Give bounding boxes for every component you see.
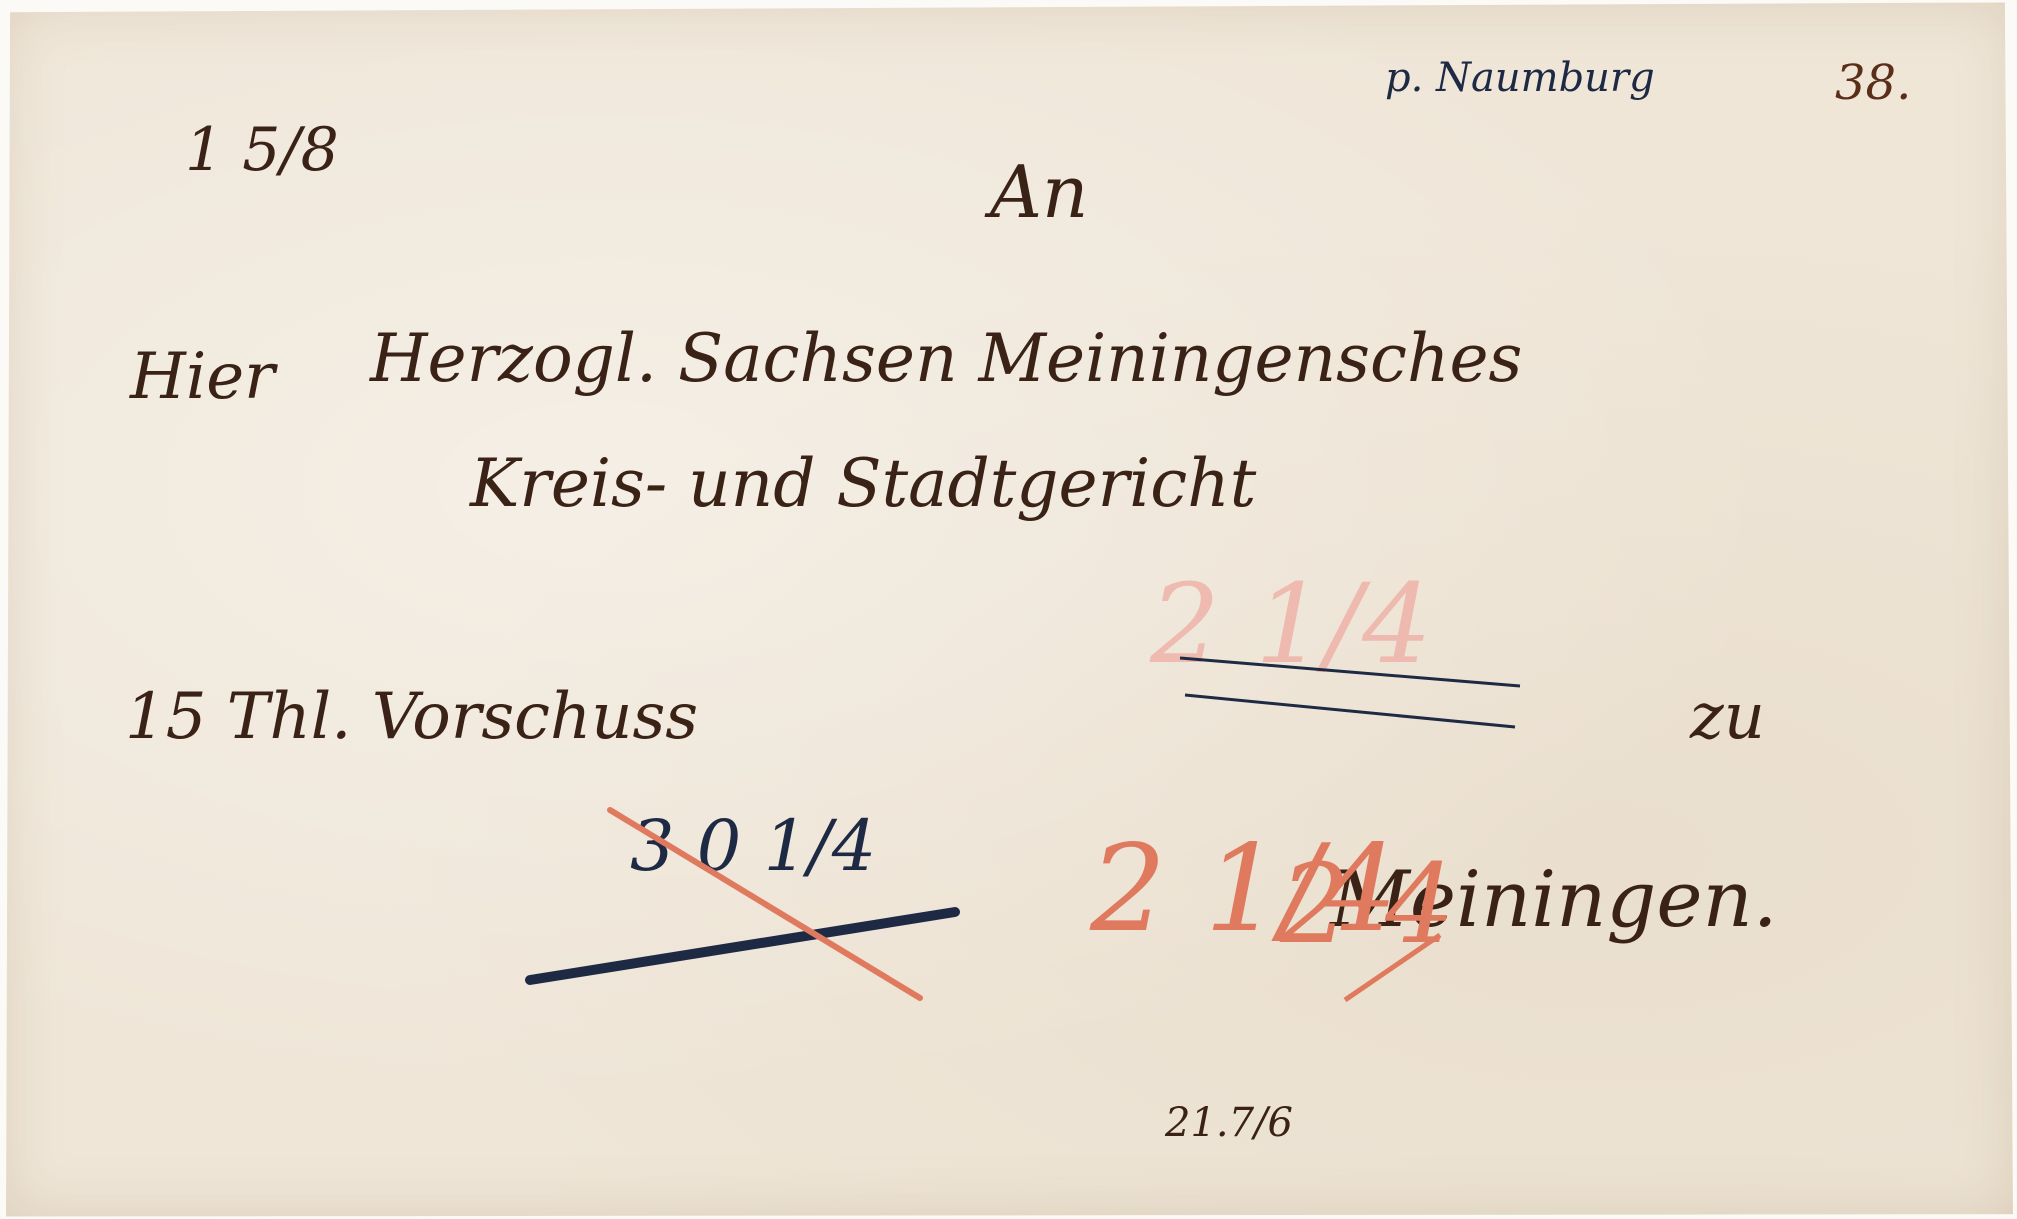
strokes-layer [0, 0, 2017, 1219]
envelope: p. Naumburg 38. 1 5/8 An Hier Herzogl. S… [0, 0, 2017, 1219]
